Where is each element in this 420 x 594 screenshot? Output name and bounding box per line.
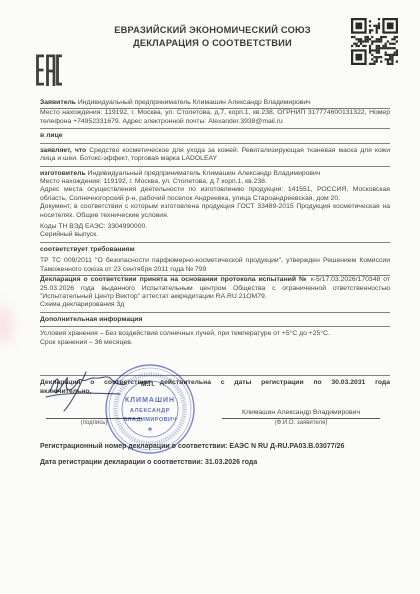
shelf-life: Срок хранения – 36 месяцев. <box>40 339 390 347</box>
storage-conditions: Условия хранения – Без воздействия солне… <box>40 330 390 338</box>
issue-type: Серийный выпуск. <box>40 231 390 239</box>
svg-text:✻: ✻ <box>148 427 152 433</box>
applicant-details: Место нахождения: 119192, г. Москва, ул.… <box>40 109 390 126</box>
title-line-declaration: ДЕКЛАРАЦИЯ О СООТВЕТСТВИИ <box>70 37 355 50</box>
applicant-name: Индивидуальный предприниматель Климашин … <box>78 99 311 106</box>
basis-lead: Декларация о соответствии принята на осн… <box>40 276 308 283</box>
manufacturer-label: изготовитель <box>40 170 86 177</box>
regulation-text: ТР ТС 009/2011 "О безопасности парфюмерн… <box>40 257 390 276</box>
product-description: Средство косметическое для ухода за коже… <box>40 147 390 162</box>
qr-code-icon <box>351 18 398 65</box>
declares-label: заявляет, что <box>40 147 86 154</box>
divider <box>40 166 390 167</box>
divider <box>40 143 390 144</box>
document-body: Заявитель Индивидуальный предприниматель… <box>40 99 390 475</box>
divider <box>40 242 390 243</box>
manufacturer-production-address: Адрес места осуществления деятельности п… <box>40 186 390 203</box>
manufacturer-line: изготовитель Индивидуальный предпринимат… <box>40 170 390 178</box>
manufacturer-address: Место нахождения: 119192, г. Москва, ул.… <box>40 178 390 186</box>
scan-smudge <box>0 305 12 345</box>
declared-product: заявляет, что Средство косметическое для… <box>40 147 390 164</box>
handwritten-signature <box>42 366 146 417</box>
registration-number: Регистрационный номер декларации о соотв… <box>40 443 390 452</box>
fio-field: Климашин Александр Владимирович (Ф.И.О. … <box>222 409 380 428</box>
divider <box>40 128 390 129</box>
divider <box>40 326 390 327</box>
basis-paragraph: Декларация о соответствии принята на осн… <box>40 276 390 301</box>
declaration-document: ЕВРАЗИЙСКИЙ ЭКОНОМИЧЕСКИЙ СОЮЗ ДЕКЛАРАЦИ… <box>0 0 420 594</box>
applicant-fio: Климашин Александр Владимирович <box>222 409 380 419</box>
document-title: ЕВРАЗИЙСКИЙ ЭКОНОМИЧЕСКИЙ СОЮЗ ДЕКЛАРАЦИ… <box>70 24 355 51</box>
divider <box>40 312 390 313</box>
manufacturer-standard: Документ, в соответствии с которым изгот… <box>40 203 390 220</box>
applicant-label: Заявитель <box>40 99 76 106</box>
compliance-label: соответствует требованиям <box>40 246 390 254</box>
title-line-union: ЕВРАЗИЙСКИЙ ЭКОНОМИЧЕСКИЙ СОЮЗ <box>70 24 355 37</box>
registration-block: Регистрационный номер декларации о соотв… <box>40 443 390 467</box>
stamp-patronymic: ВЛАДИМИРОВИЧ <box>123 417 177 423</box>
fio-caption: (Ф.И.О. заявителя) <box>222 420 380 427</box>
applicant-line: Заявитель Индивидуальный предприниматель… <box>40 99 390 109</box>
in-person-label: в лице <box>40 132 390 140</box>
stamp-place-label: М.П. <box>141 381 155 388</box>
registration-date: Дата регистрации декларации о соответств… <box>40 459 390 468</box>
eac-logo <box>33 52 65 93</box>
declaration-scheme: Схема декларирования 3д <box>40 301 390 309</box>
manufacturer-name: Индивидуальный предприниматель Климашин … <box>88 170 321 177</box>
additional-info-label: Дополнительная информация <box>40 316 390 324</box>
